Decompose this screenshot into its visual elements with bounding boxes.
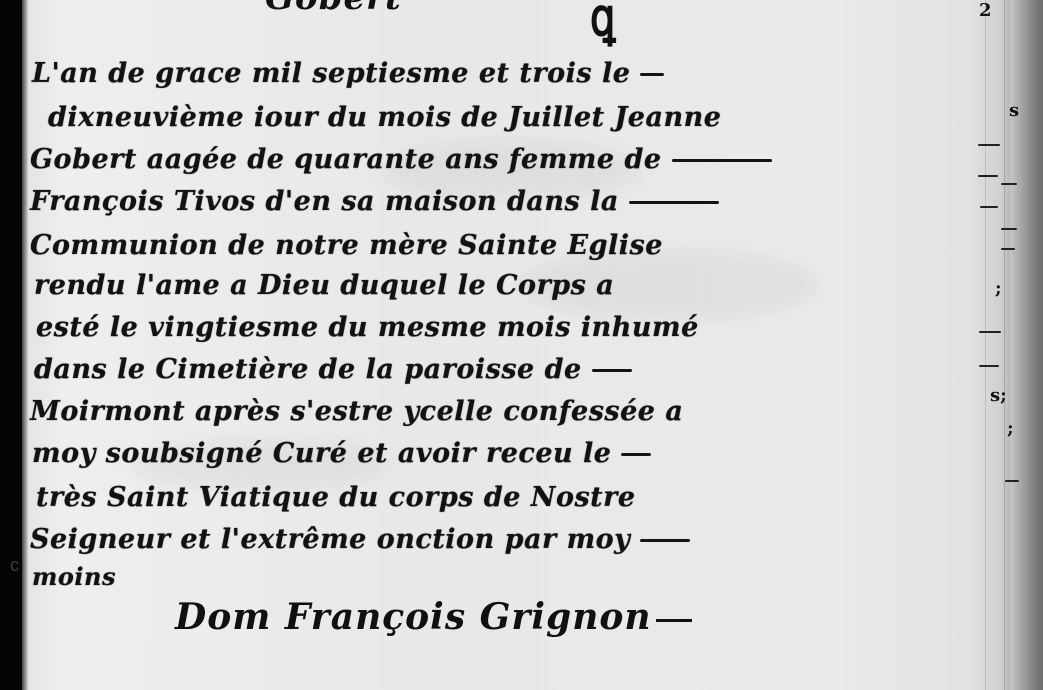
entry-line: dixneuvième iour du mois de Juillet Jean… xyxy=(48,102,721,133)
margin-mark: ; xyxy=(995,278,1002,299)
margin-mark xyxy=(1001,228,1017,230)
entry-line: Moirmont après s'estre ycelle confessée … xyxy=(30,396,683,427)
margin-mark xyxy=(979,365,999,367)
entry-line: François Tivos d'en sa maison dans la xyxy=(30,186,719,217)
entry-line: moins xyxy=(32,562,116,591)
register-page: Gobert ꝗ L'an de grace mil septiesme et … xyxy=(0,0,1043,690)
entry-line: esté le vingtiesme du mesme mois inhumé xyxy=(36,312,699,343)
margin-mark: 2 xyxy=(979,0,992,21)
entry-line: rendu l'ame a Dieu duquel le Corps a xyxy=(34,270,614,301)
margin-mark xyxy=(978,144,1000,146)
entry-line: L'an de grace mil septiesme et trois le xyxy=(32,58,664,89)
margin-mark xyxy=(978,175,998,177)
scan-watermark: c xyxy=(10,555,23,576)
margin-mark: ; xyxy=(1007,418,1014,439)
heading-flourish-mark: ꝗ xyxy=(590,0,615,48)
margin-mark xyxy=(1001,183,1017,185)
entry-line: Gobert aagée de quarante ans femme de xyxy=(30,144,772,175)
margin-mark xyxy=(980,206,998,208)
entry-line: très Saint Viatique du corps de Nostre xyxy=(36,482,636,513)
entry-heading-name: Gobert xyxy=(265,0,402,18)
margin-mark: s; xyxy=(990,385,1007,406)
margin-mark xyxy=(1001,248,1015,250)
page-binding-left xyxy=(0,0,22,690)
margin-tally-marks: 2 s ; s; ; xyxy=(975,0,1015,690)
margin-mark xyxy=(1005,480,1019,482)
entry-line: dans le Cimetière de la paroisse de xyxy=(34,354,632,385)
entry-line: moy soubsigné Curé et avoir receu le xyxy=(32,438,651,469)
entry-line: Seigneur et l'extrême onction par moy xyxy=(30,524,690,555)
margin-mark xyxy=(979,331,1001,333)
priest-signature: Dom François Grignon xyxy=(175,596,692,638)
entry-line: Communion de notre mère Sainte Eglise xyxy=(30,230,663,261)
margin-mark: s xyxy=(1009,100,1019,121)
